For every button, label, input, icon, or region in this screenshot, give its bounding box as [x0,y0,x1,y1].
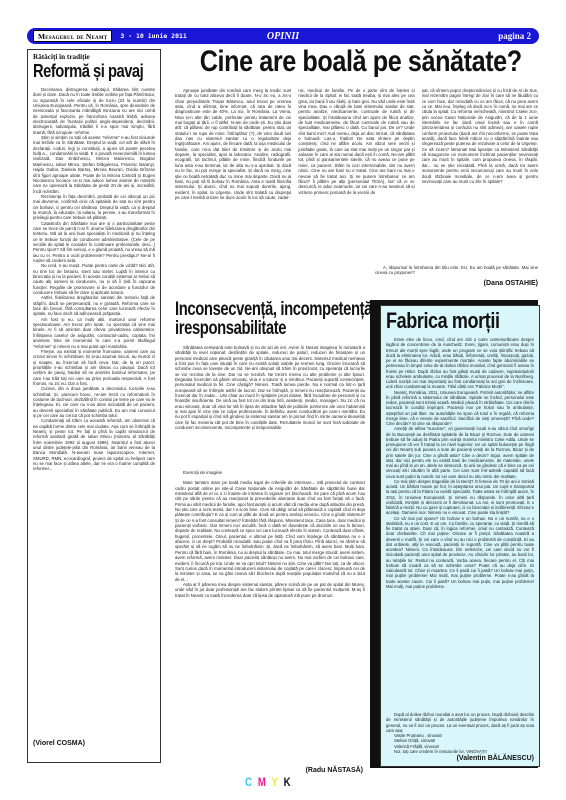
paragraph: Rezistența în fața decimării, probată de… [33,194,155,221]
paragraph: Am fost și eu, ca mulți alții, martorul … [33,317,155,349]
article-title: Reformă și pavaj [33,62,133,81]
paragraph: Condamnaţi să trăim cu această reformă, … [33,418,155,471]
main-headline: Cine are boală pe sănătate? [200,45,512,79]
subheading: Exerciții de imagine [183,470,365,475]
article-body: Decimarea, distrugerea, sabotajul, trăda… [33,87,155,737]
article-ending: A, răspunsul la întrebarea din titlu est… [375,265,538,288]
article-reforma-si-pavaj: Rătăciți în tradiție Reformă și pavaj De… [27,49,161,763]
paragraph: Cumva, din a doua jumătate a deceniului,… [33,386,155,418]
paragraph: Catastrofa din Sănătate mai are și o par… [33,221,155,264]
paragraph: Eram elev de liceu, cred, cînd am citit … [386,337,534,390]
paragraph: Mare tamtam mare pe toată media legat de… [175,480,365,582]
article-fabrica-mortii: Fabrica morții Eram elev de liceu, cred,… [380,305,540,767]
paragraph: Aproape jumătate din românii care merg l… [175,88,291,200]
masthead-logo[interactable]: Mesagerul de Neamț [33,30,112,42]
paragraph: Asta ar fi părerea mea despre sistemul s… [175,582,365,598]
article-byline: (Viorel COSMA) [33,739,155,748]
article-byline: (Dana OSTAHIE) [375,279,538,288]
article-inconsecventa-body: Sănătatea nemțeană este bolnavă și nu de… [175,345,365,745]
cmyk-letter-c: C [245,775,254,789]
paragraph: Astfel, fidelizarea dregătorilor sanitar… [33,295,155,316]
paragraph: Știm și simțim cu toții că aceste "refor… [33,135,155,194]
paragraph: Amețiți de atîtea "succese", ori guverna… [386,426,534,479]
cmyk-letter-k: K [284,775,293,789]
paragraph: pat, că sîntem popor dreptcredincios și … [422,88,538,184]
paragraph: Ce mai știm despre tragediile de la Nemț… [386,479,534,516]
article-column: nic, medicul de familie. Pe de o parte s… [298,88,414,264]
article-column: Aproape jumătate din românii care merg l… [175,88,291,264]
article-byline: (Valentin BĂLĂNESCU) [386,754,534,763]
paragraph: Nu cred, n-au reușit. Poate pentru carte… [33,263,155,295]
cmyk-letter-m: M [258,775,268,789]
verdict-list: Vasile Pruteanu , vinovat! Stelian Ghiță… [386,733,534,754]
page-header-bar: Mesagerul de Neamț 3 - 10 iunie 2011 OPI… [27,28,539,44]
paragraph: Decimarea, distrugerea, sabotajul, trăda… [33,87,155,135]
closing-text: A, răspunsul la întrebarea din titlu est… [375,265,538,276]
issue-date: 3 - 10 iunie 2011 [120,32,187,40]
article-body: Eram elev de liceu, cred, cînd am citit … [386,337,534,712]
article-title: Fabrica morții [386,309,507,333]
title-line: iresponsabilitate [175,319,327,338]
article-cine-are-boala: Aproape jumătate din românii care merg l… [175,88,538,264]
paragraph: După al doilea război mondial a avut loc… [386,712,534,733]
article-body-end: După al doilea război mondial a avut loc… [386,712,534,754]
title-line: Inconsecvență, incompetență, [175,300,327,319]
cmyk-registration-mark: C M Y K [245,775,292,789]
paragraph: nic, medicul de familie. Pe de o parte s… [298,88,414,195]
paragraph: A, răspunsul la întrebarea din titlu est… [375,265,538,276]
article-byline: (Radu NĂSTASĂ) [306,766,363,775]
paragraph: Ce vă mai pot spune? Un bolnav e un boln… [386,516,534,590]
article-title-inconsecventa: Inconsecvență, incompetență, iresponsabi… [175,300,327,338]
paragraph: Sănătatea nemțeană este bolnavă și nu de… [175,345,365,431]
cmyk-letter-y: Y [272,775,280,789]
paragraph: Firește, au existat și momente frumoase,… [33,349,155,386]
page-number: pagina 2 [498,31,531,41]
article-column: pat, că sîntem popor dreptcredincios și … [422,88,538,264]
paragraph: Neamț, România, 2011, Uniunea Europeană.… [386,390,534,427]
